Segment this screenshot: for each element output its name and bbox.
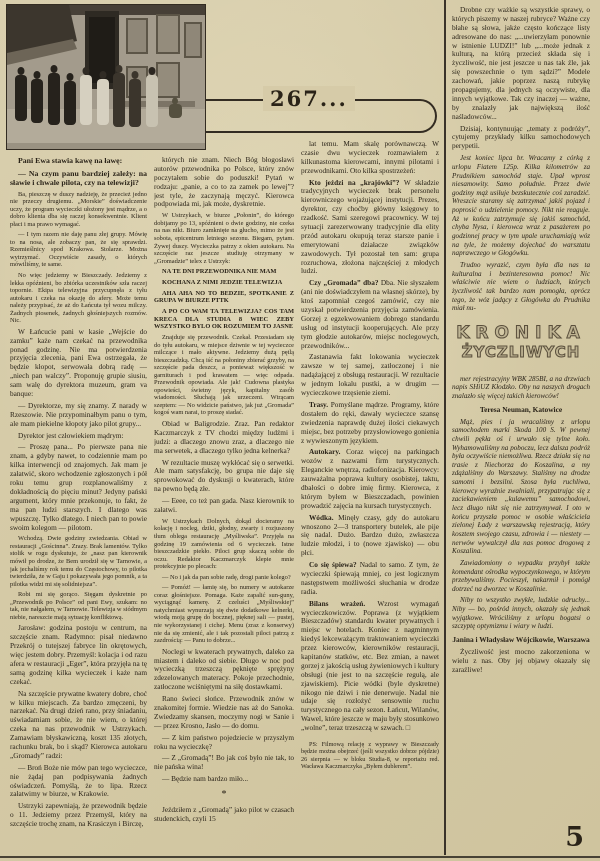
paragraph: Co się śpiewa? Nadal to samo. Z tym, że …: [301, 561, 439, 597]
paragraph: Jarosław: godzina postoju w centrum, na …: [10, 624, 147, 686]
paragraph: Zawiadomiony o wypadku przybył także kom…: [452, 559, 590, 594]
paragraph: Trasy. Pomyślane mądrze. Programy, które…: [301, 401, 439, 445]
paragraph: Ustrzyki zapewniają, że przewodnik będzi…: [10, 802, 147, 829]
paragraph: Trudno wyrazić, czym była dla nas ta kul…: [452, 261, 590, 313]
paragraph: — Będzie nam bardzo miło...: [154, 775, 294, 784]
street-photo-illustration: [7, 5, 205, 149]
page-number: 5: [565, 822, 584, 853]
paragraph-lead-in: Kto jeździ na „krajówki”?: [309, 178, 404, 187]
paragraph: Obiad w Baligrodzie. Zraz. Pan redaktor …: [154, 420, 294, 456]
paragraph: *: [154, 789, 294, 801]
column-divider-rule: [444, 0, 446, 855]
paragraph: Jest koniec lipca br. Wracamy z córką z …: [452, 154, 590, 258]
paragraph: — Z kim państwo pojedziecie w przyszłym …: [154, 734, 294, 752]
article-column-4: Drobne czy ważkie są wszystkie sprawy, o…: [452, 6, 590, 826]
paragraph: W Łańcucie pani w kasie „Wejście do zamk…: [10, 328, 147, 399]
paragraph: Kto jeździ na „krajówki”? W składzie tra…: [301, 179, 439, 277]
paragraph-lead-in: Autokary.: [309, 447, 346, 456]
paragraph: — Eeee, co też pan gada. Nasz kierownik …: [154, 497, 294, 515]
paragraph: Autokary. Coraz więcej na parkingach woz…: [301, 448, 439, 510]
paragraph: Wódka. Minęły czasy, gdy do autokaru wno…: [301, 514, 439, 558]
paragraph: Ba, pieszczę w duszy nadzieję, że przeci…: [10, 191, 147, 229]
paragraph: Rano świeci słońce. Przewodnik znów w zn…: [154, 695, 294, 731]
paragraph-lead-in: Trasy.: [309, 400, 331, 409]
paragraph: W Ustrzykach Dolnych, dokąd docieramy na…: [154, 518, 294, 571]
paragraph: Noclegi w kwaterach prywatnych, daleko z…: [154, 648, 294, 692]
paragraph: Janina i Władysław Wójcikowie, Warszawa: [452, 635, 590, 644]
street-photo: [6, 4, 206, 150]
paragraph: Znajduje się przewodnik. Czekał. Przesia…: [154, 334, 294, 417]
paragraph: Życzliwość jest mocno zakorzeniona w wie…: [452, 648, 590, 675]
paragraph: NA TE DNI PRZEWODNIKA NIE MAM: [154, 268, 294, 276]
right-article-bottom: mer rejestracyjny WBK 285BI, a na drzwia…: [452, 375, 590, 675]
paragraph: Dyrektor jest człowiekiem mądrym:: [10, 432, 147, 441]
paragraph: Mąż, pies i ja wracaliśmy z urlopu samoc…: [452, 418, 590, 556]
paragraph: — Z „Gromadą”! Bo jak coś było nie tak, …: [154, 754, 294, 772]
paragraph: Dzisiaj, kontynuując „tematy z podróży”,…: [452, 125, 590, 152]
paragraph: — Pomóż! — łamię się, bo numery w autoka…: [154, 584, 294, 644]
paragraph-lead-in: Wódka.: [309, 513, 338, 522]
paragraph: W Ustrzykach, w biurze „Połonin”, do któ…: [154, 212, 294, 265]
paragraph: których nie znam. Niech Bóg błogosławi a…: [154, 156, 294, 209]
paragraph: — Proszę pana... Po pierwsze pana nie zn…: [10, 443, 147, 532]
paragraph: mer rejestracyjny WBK 285BI, a na drzwia…: [452, 375, 590, 401]
paragraph: — Broń Boże nie mów pan tego wycieczce, …: [10, 764, 147, 800]
paragraph: lat temu. Mam skalę porównawczą. W czasi…: [301, 140, 439, 176]
article-column-2: których nie znam. Niech Bóg błogosławi a…: [154, 156, 294, 855]
paragraph: Teresa Neuman, Katowice: [452, 405, 590, 414]
paragraph-lead-in: Co się śpiewa?: [309, 560, 360, 569]
right-article-top: Drobne czy ważkie są wszystkie sprawy, o…: [452, 6, 590, 313]
paragraph: Na szczęście prywatne kwatery dobre, cho…: [10, 690, 147, 761]
section-divider-bracket: 267...: [205, 99, 437, 133]
paragraph: PS: Filmową relację z wyprawy w Bieszcza…: [301, 741, 439, 771]
paragraph: Bilans wrażeń. Wzrost wymagań wycieczkow…: [301, 600, 439, 733]
paragraph-lead-in: Czy „Gromada” dba?: [309, 278, 381, 287]
article-column-1: Pani Ewa stawia kawę na ławę:— Na czym p…: [10, 156, 147, 855]
paragraph: Robi mi się gorąco. Sięgam dyskretnie po…: [10, 591, 147, 621]
paragraph: Czy „Gromada” dba? Dba. Nie słyszałem (a…: [301, 279, 439, 350]
paragraph: — Na czym panu bardziej zależy: na sławi…: [10, 169, 147, 188]
kronika-header-line1: KRONIKA: [452, 323, 590, 343]
paragraph: Jeździłem z „Gromadą” jako pilot w czasa…: [154, 806, 294, 824]
kronika-zyczliwych-header: KRONIKA ŻYCZLIWYCH: [452, 323, 590, 363]
kronika-header-line2: ŻYCZLIWYCH: [452, 343, 590, 363]
paragraph: A PO CO WAM TA TELEWIZJA? COS TAM KRECA …: [154, 308, 294, 331]
paragraph: — I tym razem nie daję panu złej grupy. …: [10, 231, 147, 269]
paragraph: Wchodzą. Dwie godziny zwiedzania. Obiad …: [10, 535, 147, 588]
page-bottom-rule: [0, 856, 600, 858]
paragraph: Niby to wszystko zwykłe, ludzkie odruchy…: [452, 596, 590, 631]
paragraph: KOCHANA Z NIMI JEDZIE TELEWIZJA: [154, 279, 294, 287]
paragraph: — No i jak da pan sobie radę, drogi pani…: [154, 574, 294, 582]
paragraph-lead-in: Bilans wrażeń.: [309, 599, 377, 608]
paragraph: Drobne czy ważkie są wszystkie sprawy, o…: [452, 6, 590, 122]
paragraph: Pani Ewa stawia kawę na ławę:: [10, 156, 147, 166]
section-number: 267...: [263, 86, 355, 111]
paragraph: W rezultacie muszę wykłócać się o serwet…: [154, 459, 294, 495]
article-column-3: lat temu. Mam skalę porównawczą. W czasi…: [301, 140, 439, 855]
paragraph: AHA AHA NO TO BEDZIE, SPOTKANIE Z GRUPA …: [154, 290, 294, 305]
newspaper-page: 267... Pani Ewa stawia kawę na ławę:— Na…: [0, 0, 600, 861]
paragraph: — Dyrektorze, my się znamy. Z narady w R…: [10, 402, 147, 429]
paragraph: No więc jedziemy w Bieszczady. Jedziemy …: [10, 272, 147, 325]
paragraph: Zastanawia fakt lokowania wycieczek zaws…: [301, 353, 439, 397]
